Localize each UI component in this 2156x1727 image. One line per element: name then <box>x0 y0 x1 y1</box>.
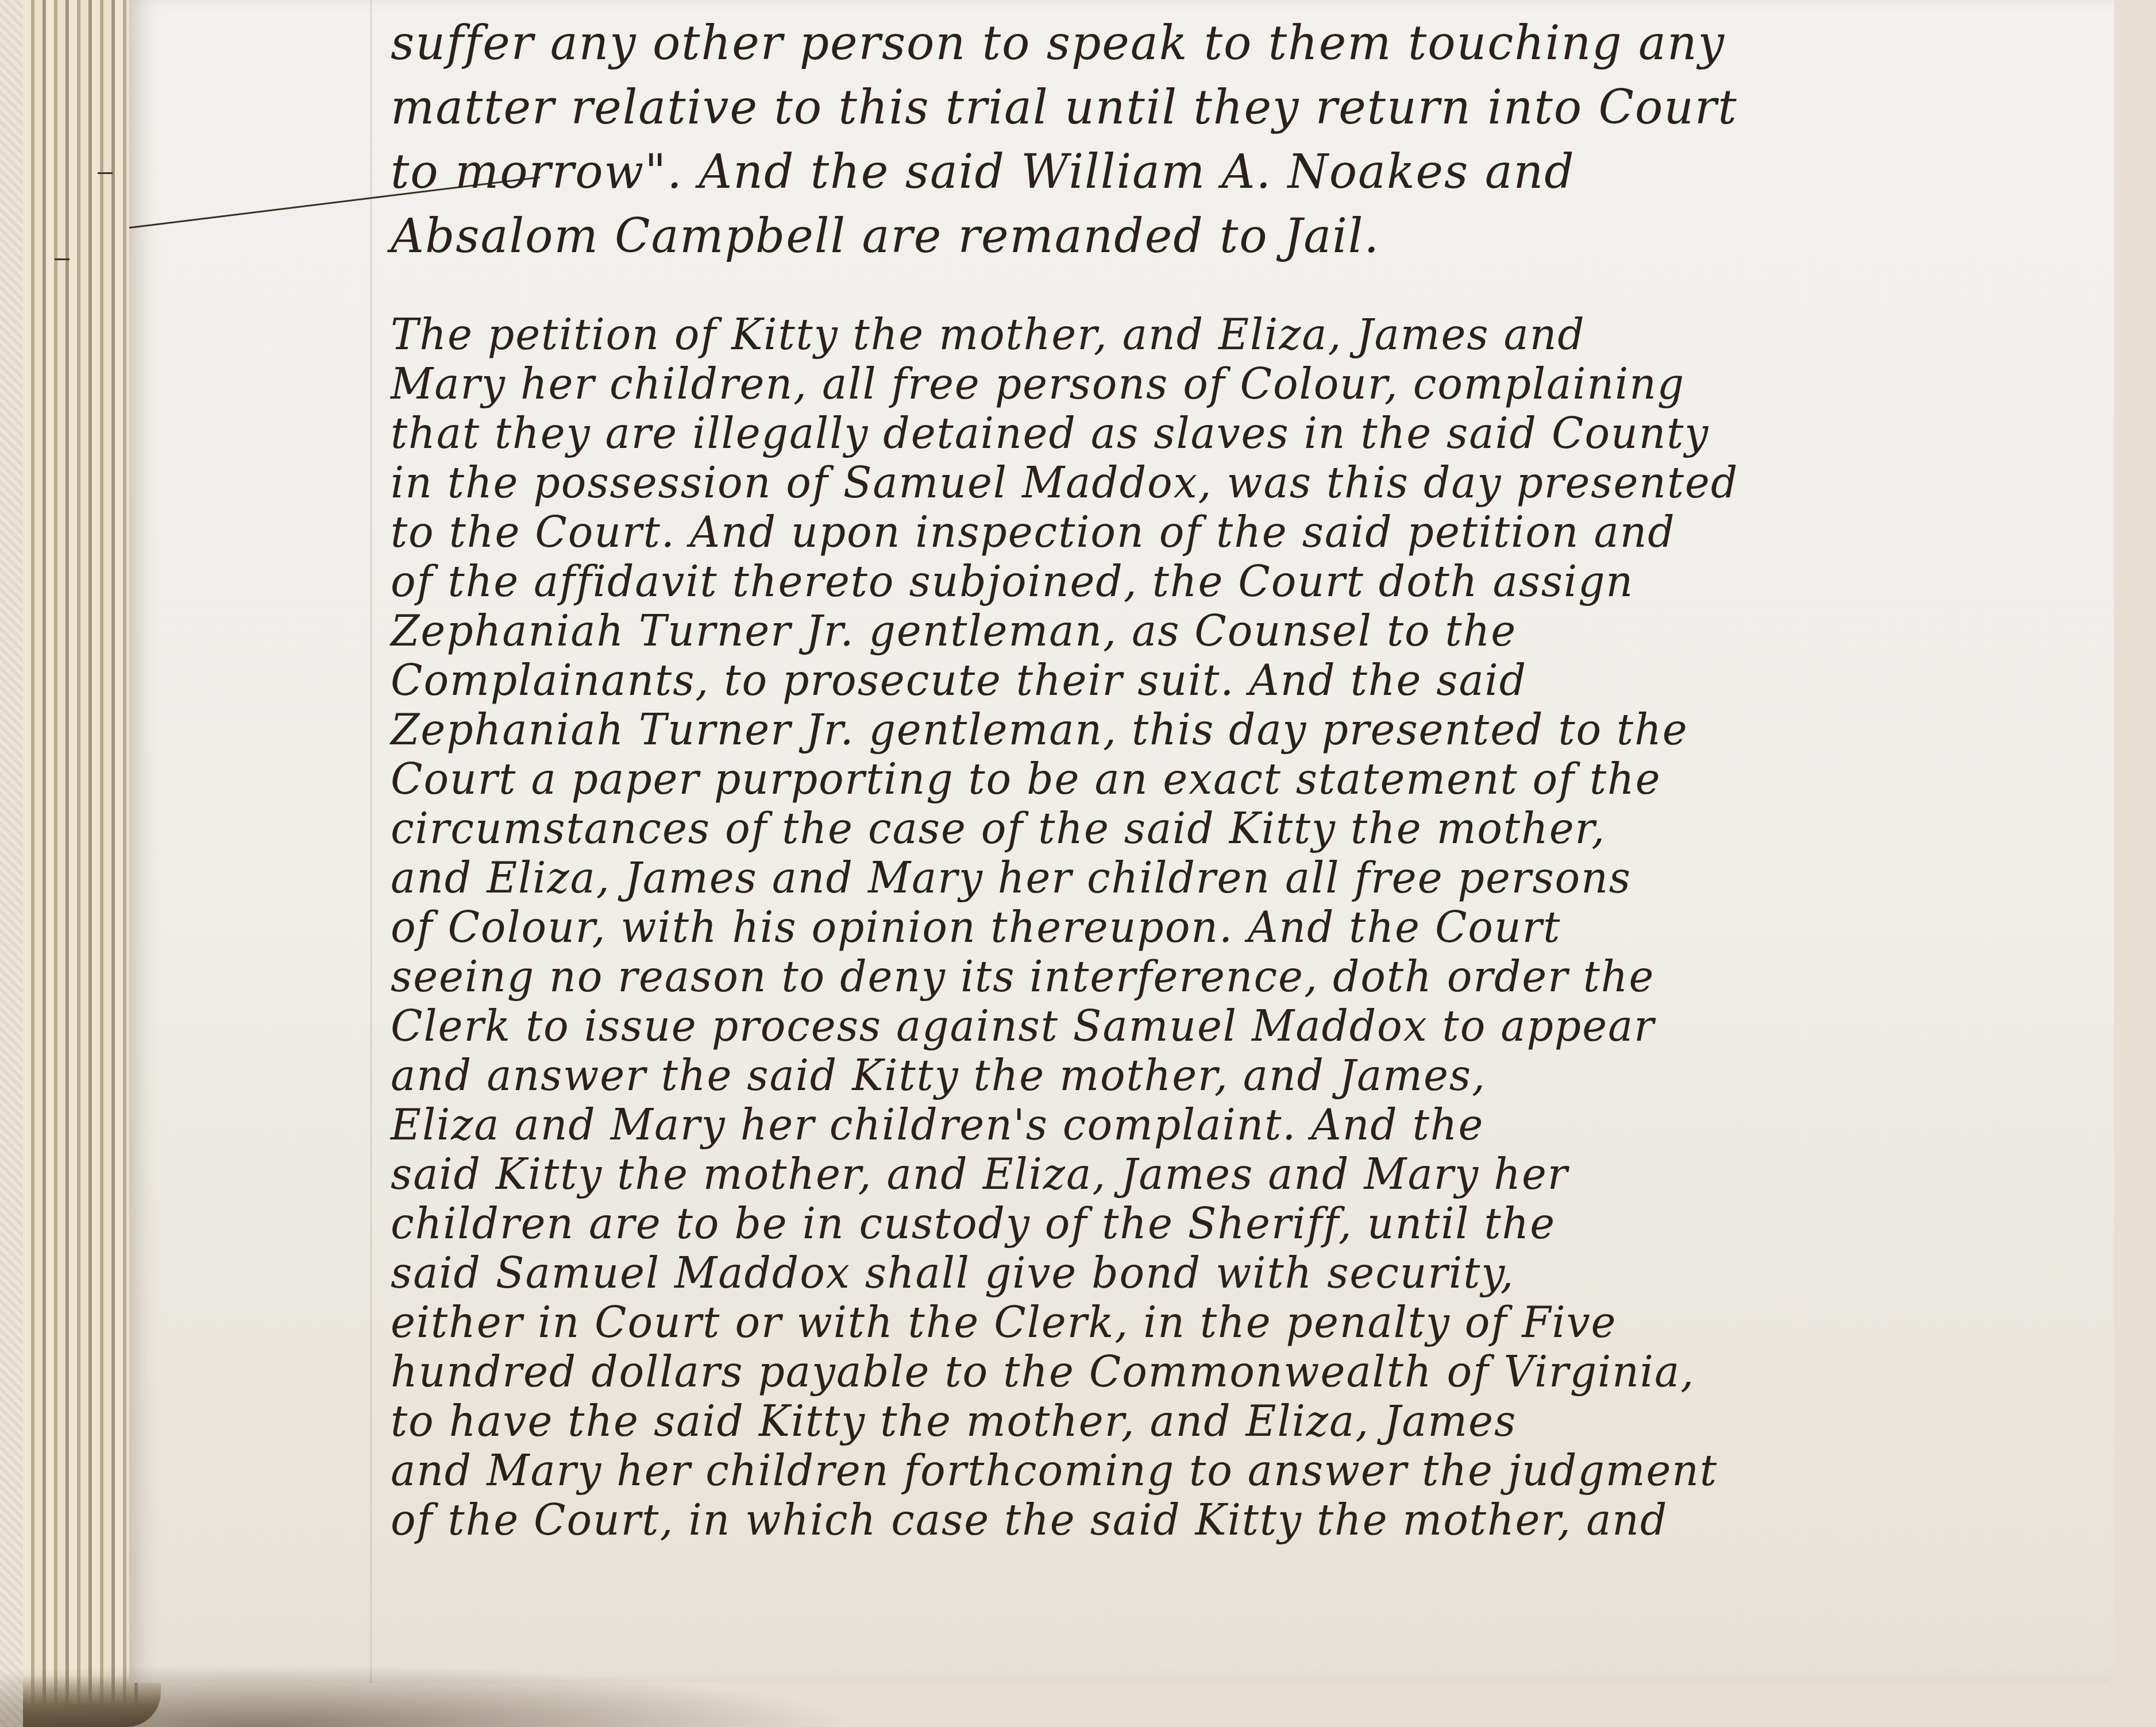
text-line: of Colour, with his opinion thereupon. A… <box>391 903 2057 952</box>
text-line: The petition of Kitty the mother, and El… <box>391 310 2057 360</box>
text-line: suffer any other person to speak to them… <box>391 11 2057 76</box>
text-line: Mary her children, all free persons of C… <box>391 360 2057 409</box>
page-curl-shadow <box>0 1664 862 1727</box>
margin-tick-mark <box>98 172 113 174</box>
text-line: that they are illegally detained as slav… <box>391 409 2057 458</box>
text-line: in the possession of Samuel Maddox, was … <box>391 458 2057 508</box>
top-paragraph: suffer any other person to speak to them… <box>391 11 2091 269</box>
text-line: Complainants, to prosecute their suit. A… <box>391 656 2057 705</box>
book-page-edges <box>23 0 138 1727</box>
text-line: to morrow". And the said William A. Noak… <box>391 140 2057 204</box>
text-line: said Kitty the mother, and Eliza, James … <box>391 1150 2057 1199</box>
text-line: Absalom Campbell are remanded to Jail. <box>391 204 2057 269</box>
text-line: and Mary her children forthcoming to ans… <box>391 1446 2057 1496</box>
text-line: and Eliza, James and Mary her children a… <box>391 853 2057 903</box>
text-line: Clerk to issue process against Samuel Ma… <box>391 1002 2057 1051</box>
text-line: seeing no reason to deny its interferenc… <box>391 952 2057 1002</box>
text-line: matter relative to this trial until they… <box>391 76 2057 140</box>
text-line: Court a paper purporting to be an exact … <box>391 755 2057 804</box>
text-line: said Samuel Maddox shall give bond with … <box>391 1249 2057 1298</box>
text-line: of the affidavit thereto subjoined, the … <box>391 557 2057 606</box>
text-line: to have the said Kitty the mother, and E… <box>391 1397 2057 1446</box>
text-line: children are to be in custody of the She… <box>391 1199 2057 1249</box>
text-line: Eliza and Mary her children's complaint.… <box>391 1100 2057 1150</box>
text-line: of the Court, in which case the said Kit… <box>391 1496 2057 1545</box>
margin-tick-mark <box>55 258 70 260</box>
text-line: Zephaniah Turner Jr. gentleman, this day… <box>391 705 2057 755</box>
text-line: circumstances of the case of the said Ki… <box>391 804 2057 853</box>
text-line: hundred dollars payable to the Commonwea… <box>391 1347 2057 1397</box>
text-line: either in Court or with the Clerk, in th… <box>391 1298 2057 1347</box>
text-line: and answer the said Kitty the mother, an… <box>391 1051 2057 1100</box>
margin-rule-line <box>371 0 372 1683</box>
petition-paragraph: The petition of Kitty the mother, and El… <box>391 310 2091 1545</box>
text-line: to the Court. And upon inspection of the… <box>391 508 2057 557</box>
text-line: Zephaniah Turner Jr. gentleman, as Couns… <box>391 606 2057 656</box>
